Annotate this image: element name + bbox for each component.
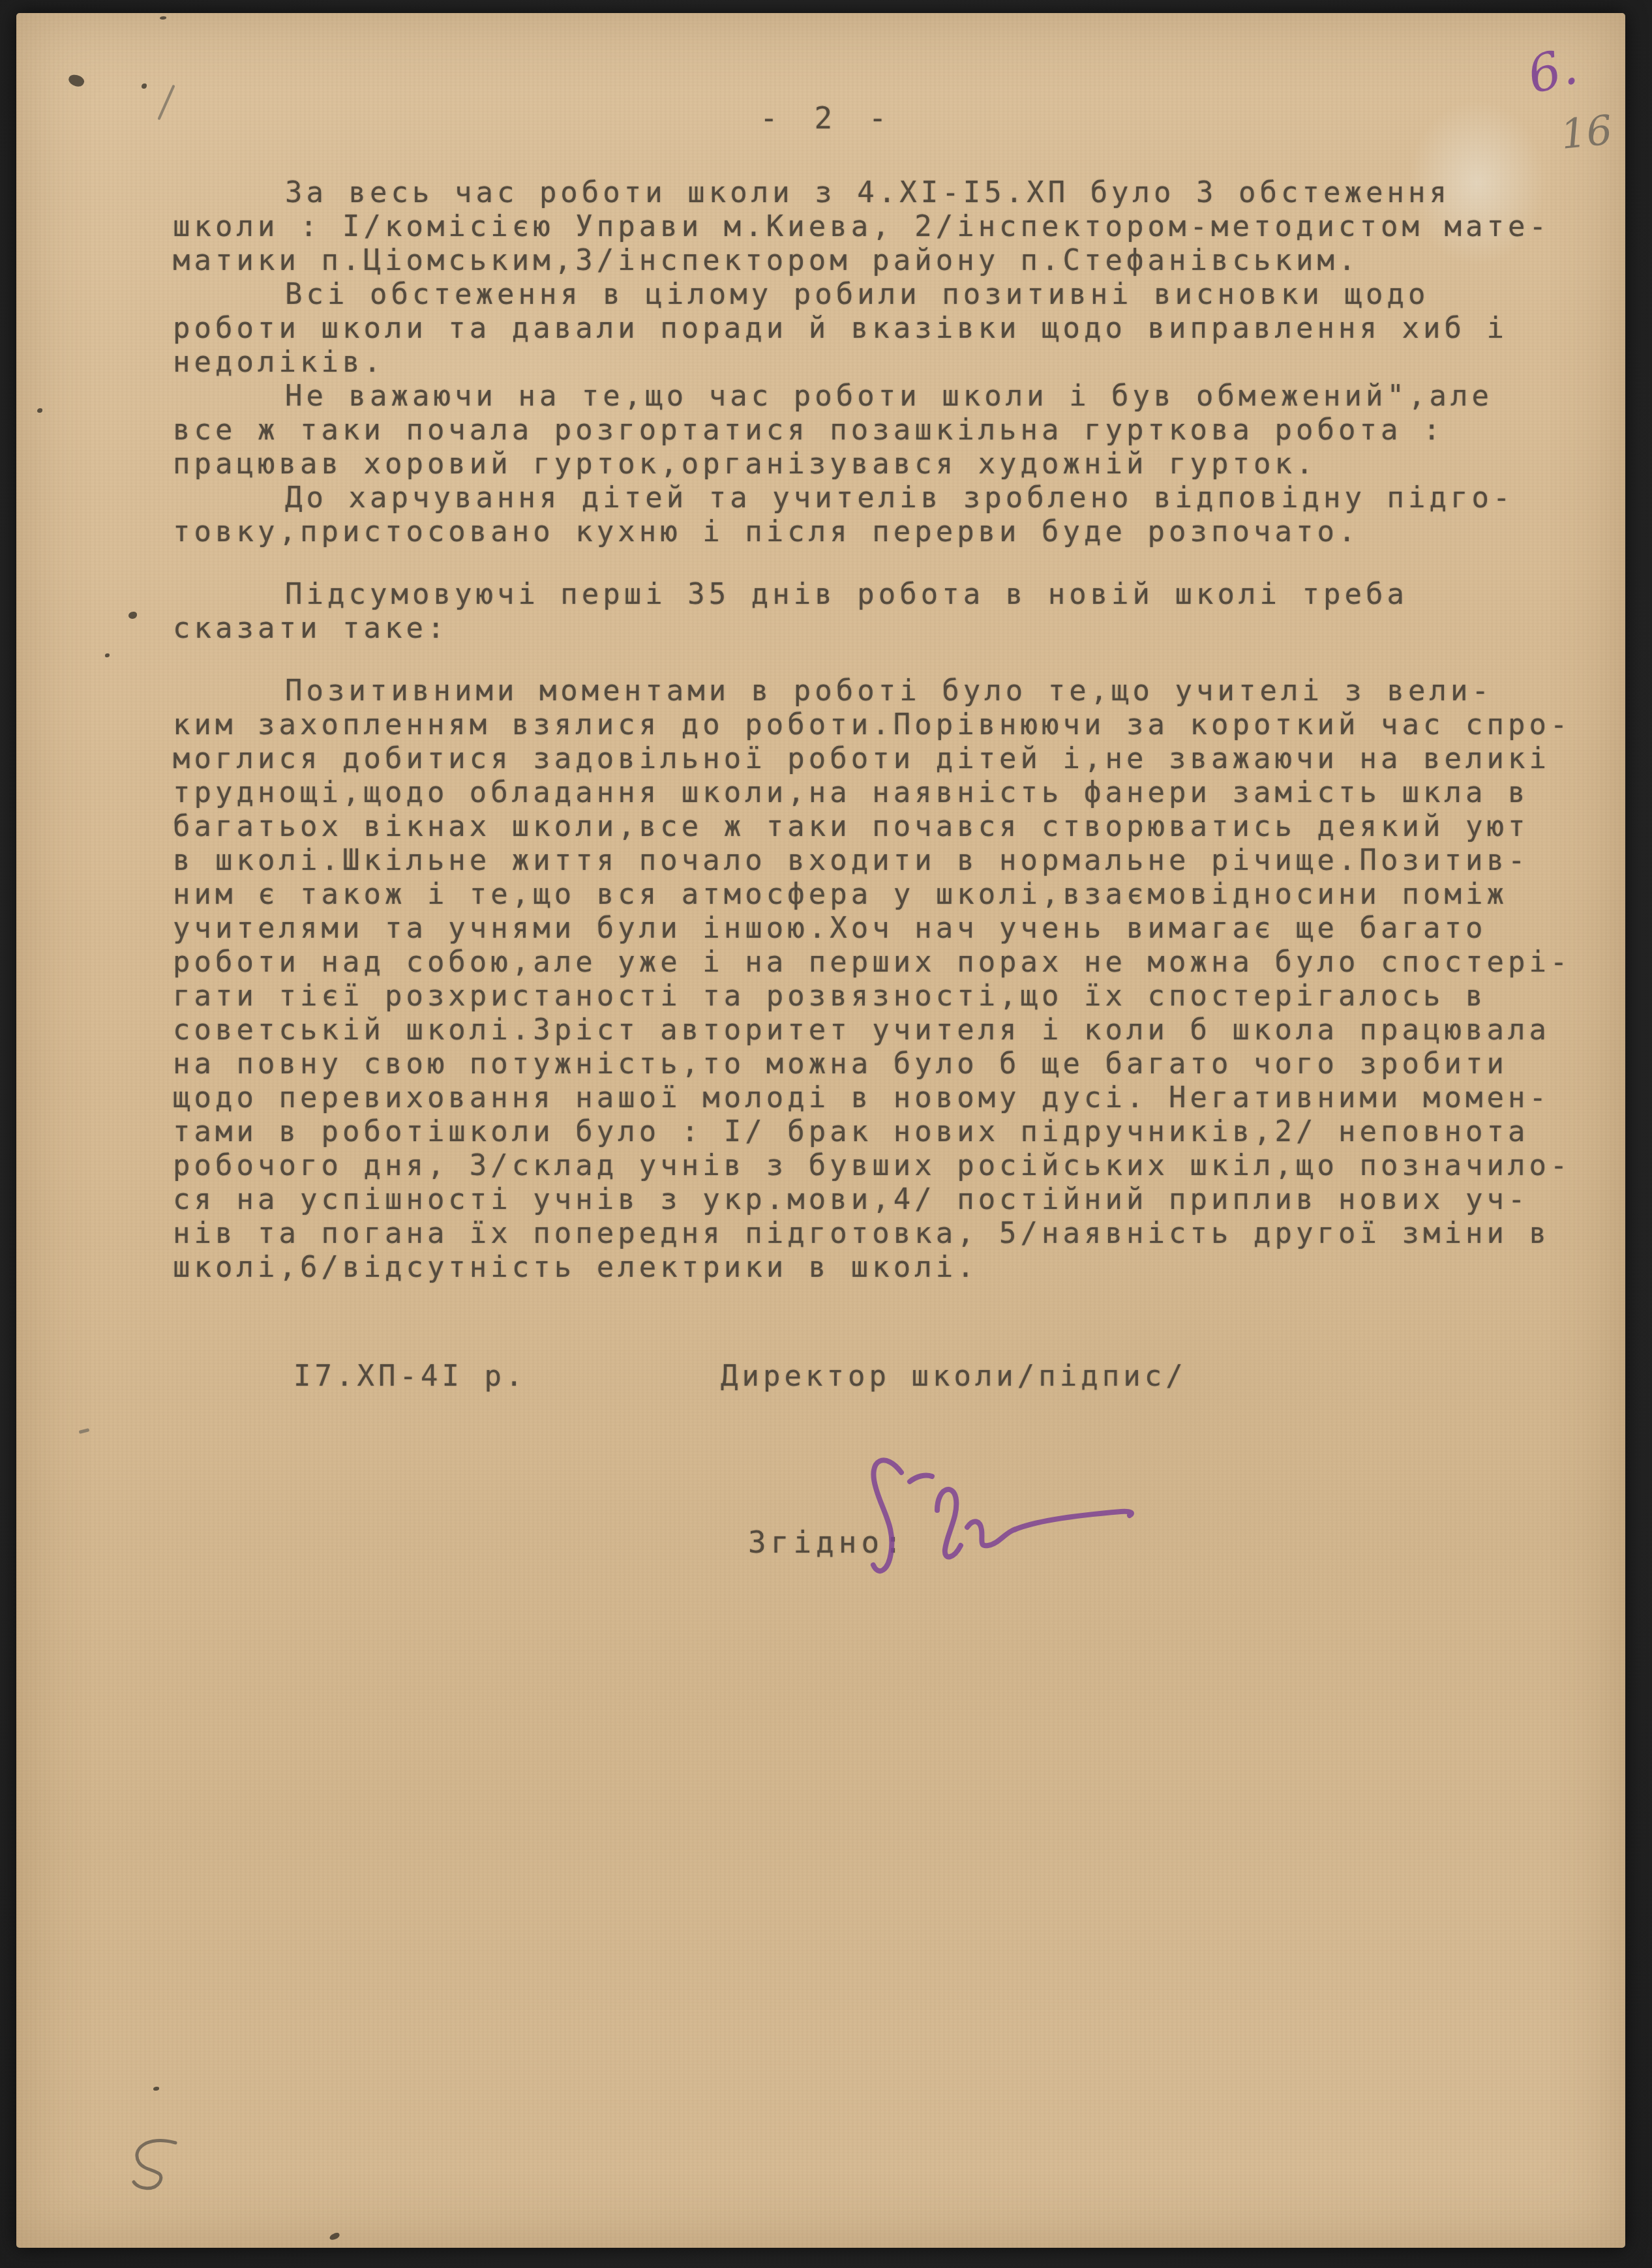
paragraph: Не важаючи на те,що час роботи школи і б… [173, 380, 1591, 481]
text-line: товку,пристосовано кухню і після перерви… [173, 515, 1591, 549]
scanner-backdrop: { "document": { "page_number": "- 2 -", … [0, 0, 1652, 2268]
paragraph: До харчування дітей та учителів зроблено… [173, 481, 1591, 549]
ink-speck [37, 408, 42, 413]
ink-speck [153, 2087, 159, 2091]
text-line: роботи над собою,але уже і на перших пор… [173, 946, 1591, 979]
pencil-mark [157, 85, 175, 121]
text-line: нів та погана їх попередня підготовка, 5… [173, 1217, 1591, 1251]
ink-speck [67, 72, 85, 89]
text-line: ким захопленням взялися до роботи.Порівн… [173, 708, 1591, 742]
text-line: ся на успішності учнів з укр.мови,4/ пос… [173, 1183, 1591, 1217]
text-line: Не важаючи на те,що час роботи школи і б… [173, 380, 1591, 413]
document-page: - 2 - 6. 16 За весь час роботи школи з 4… [16, 13, 1625, 2248]
text-line: школі,6/відсутність електрики в школі. [173, 1251, 1591, 1285]
text-line: труднощі,щодо обладання школи,на наявніс… [173, 776, 1591, 810]
pencil-mark [79, 1428, 90, 1434]
text-line: щодо перевиховання нашої молоді в новому… [173, 1081, 1591, 1115]
ink-speck [128, 612, 137, 619]
text-line: на повну свою потужність,то можна було б… [173, 1047, 1591, 1081]
text-line: Позитивними моментами в роботі було те,щ… [173, 674, 1591, 708]
text-line: школи : I/комісією Управи м.Киева, 2/інс… [173, 210, 1591, 244]
handwritten-signature [839, 1448, 1165, 1588]
handwritten-ink-page-number: 6. [1522, 37, 1583, 105]
text-line: моглися добитися задовільної роботи діте… [173, 742, 1591, 776]
text-line: багатьох вікнах школи,все ж таки почався… [173, 810, 1591, 844]
paragraph: Позитивними моментами в роботі було те,щ… [173, 674, 1591, 1285]
page-number: - 2 - [760, 100, 895, 136]
document-body: За весь час роботи школи з 4.XI-I5.XП бу… [173, 176, 1591, 1285]
ink-speck [142, 83, 147, 89]
ink-speck [105, 653, 110, 657]
text-line: матики п.Ціомським,3/інспектором району … [173, 244, 1591, 278]
text-line: роботи школи та давали поради й вказівки… [173, 312, 1591, 346]
handwritten-pencil-page-number: 16 [1558, 106, 1614, 158]
paragraph: Всі обстеження в цілому робили позитивні… [173, 278, 1591, 380]
paragraph: Підсумовуючі перші 35 днів робота в нові… [173, 578, 1591, 646]
text-line: ним є також і те,що вся атмосфера у школ… [173, 878, 1591, 912]
paragraph: За весь час роботи школи з 4.XI-I5.XП бу… [173, 176, 1591, 278]
text-line: працював хоровий гурток,організувався ху… [173, 447, 1591, 481]
text-line: гати тієї розхристаності та розвязності,… [173, 979, 1591, 1013]
text-line: сказати таке: [173, 612, 1591, 646]
text-line: За весь час роботи школи з 4.XI-I5.XП бу… [173, 176, 1591, 210]
text-line: недоліків. [173, 346, 1591, 380]
text-line: Підсумовуючі перші 35 днів робота в нові… [173, 578, 1591, 612]
text-line: робочого дня, 3/склад учнів з бувших рос… [173, 1149, 1591, 1183]
ink-speck [160, 16, 166, 20]
text-line: Всі обстеження в цілому робили позитивні… [173, 278, 1591, 312]
text-line: все ж таки почала розгортатися позашкіль… [173, 413, 1591, 447]
report-date: I7.XП-4I р. [293, 1360, 526, 1393]
text-line: До харчування дітей та учителів зроблено… [173, 481, 1591, 515]
text-line: советській школі.Зріст авторитет учителя… [173, 1013, 1591, 1047]
text-line: тами в роботішколи було : I/ брак нових … [173, 1115, 1591, 1149]
ink-speck [329, 2232, 340, 2241]
pencil-squiggle [119, 2134, 198, 2196]
text-line: учителями та учнями були іншою.Хоч нач у… [173, 912, 1591, 946]
director-signature-label: Директор школи/підпис/ [721, 1360, 1187, 1393]
text-line: в школі.Шкільне життя почало входити в н… [173, 844, 1591, 878]
